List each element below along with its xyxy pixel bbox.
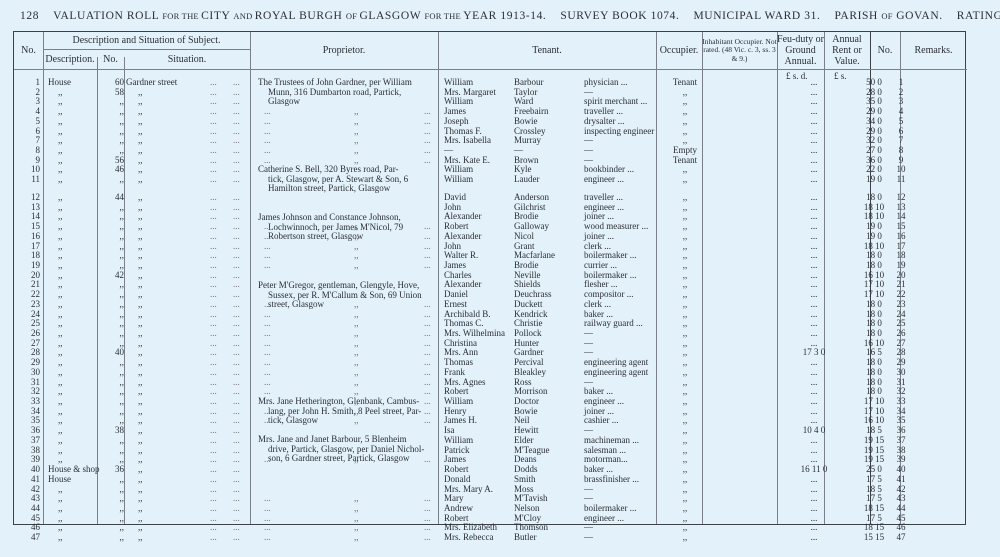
- table-row: 10,,46,,......WilliamKylebookbinder ...,…: [14, 165, 967, 175]
- table-row: 38,,,,,,......PatrickM'Teaguesalesman ..…: [14, 446, 967, 456]
- proprietor-ditto: ,,: [354, 261, 359, 271]
- roll-title: VALUATION ROLL FOR THE CITY AND ROYAL BU…: [53, 10, 546, 22]
- title-part: ROYAL BURGH: [255, 10, 346, 22]
- table-row: 47,,,,,,......Mrs. RebeccaButler—,,...15…: [14, 533, 967, 543]
- page-header: 128 VALUATION ROLL FOR THE CITY AND ROYA…: [20, 10, 990, 22]
- table-row: 44,,,,,,......AndrewNelsonboilermaker ..…: [14, 504, 967, 514]
- parish-of: OF: [881, 11, 892, 21]
- parish-name: GOVAN.: [896, 10, 943, 22]
- header-proprietor: Proprietor.: [250, 32, 438, 69]
- situation: ,,: [138, 533, 143, 543]
- description: ,,: [58, 175, 63, 185]
- header-street-no: No.: [97, 49, 124, 69]
- table-row: 37,,,,,,......WilliamEldermachineman ...…: [14, 436, 967, 446]
- proprietor-dots: ...: [424, 416, 431, 426]
- header-annual-rent: Annual Rent or Value.: [824, 32, 870, 69]
- proprietor-dots: ...: [264, 156, 271, 166]
- situation: Gardner street: [126, 78, 177, 88]
- title-part: VALUATION ROLL: [53, 10, 162, 22]
- parish-prefix: PARISH: [834, 10, 877, 22]
- table-row: 33,,,,,,......WilliamDoctorengineer ...,…: [14, 397, 967, 407]
- title-part: GLASGOW: [359, 10, 424, 22]
- proprietor-dots: ...: [424, 533, 431, 543]
- rating-area: RATING AREA—PARTICK.: [957, 10, 1000, 22]
- table-row: 30,,,,,,......FrankBleakleyengineering a…: [14, 368, 967, 378]
- table-row: 7,,,,,,......Mrs. IsabellaMurray—,,...32…: [14, 136, 967, 146]
- feu-duty: ...: [784, 175, 844, 185]
- table-row: 17,,,,,,......JohnGrantclerk ...,,...18 …: [14, 242, 967, 252]
- proprietor-dots: ...: [424, 455, 431, 465]
- table-row: 43,,,,,,......MaryM'Tavish—,,...17 543..…: [14, 494, 967, 504]
- table-row: 26,,,,,,......Mrs. WilhelminaPollock—,,.…: [14, 329, 967, 339]
- table-row: 18,,,,,,......Walter R.Macfarlaneboilerm…: [14, 251, 967, 261]
- table-row: 19,,,,,,......JamesBrodiecurrier ...,,..…: [14, 261, 967, 271]
- table-row: 12,,44,,......DavidAndersontraveller ...…: [14, 193, 967, 203]
- tenant-occupation: engineering agent: [584, 368, 648, 378]
- tenant-first-name: Mrs. Rebecca: [444, 533, 493, 543]
- proprietor-dots: ...: [264, 533, 271, 543]
- title-part: YEAR 1913-14.: [463, 10, 546, 22]
- title-part: FOR THE: [162, 11, 201, 21]
- table-row: 22,,,,,,......DanielDeuchrasscompositor …: [14, 290, 967, 300]
- leader-dots: ...: [233, 175, 240, 185]
- table-row: 16,,,,,,......AlexanderNicoljoiner ...,,…: [14, 232, 967, 242]
- table-row: 9,,56,,......Mrs. Kate E.Brown—Tenant...…: [14, 156, 967, 166]
- divider: [14, 69, 967, 70]
- municipal-ward: MUNICIPAL WARD 31.: [693, 10, 820, 22]
- tenant-occupation: inspecting engineer: [584, 127, 654, 137]
- header-inhabitant-occupier: Inhabitant Occupier. Not rated. (48 Vic.…: [702, 32, 777, 69]
- table-row: 5,,,,,,......JosephBowiedrysalter ...,,.…: [14, 117, 967, 127]
- header-tenant: Tenant.: [438, 32, 656, 69]
- header-row-no: No.: [870, 32, 900, 69]
- header-remarks: Remarks.: [900, 32, 967, 69]
- valuation-ledger-table: No. Description and Situation of Subject…: [13, 31, 966, 525]
- tenant-occupation: —: [584, 533, 593, 543]
- leader-dots: ...: [210, 175, 217, 185]
- row-number-right: 11: [881, 175, 921, 185]
- header-description-group: Description and Situation of Subject.: [43, 32, 250, 49]
- table-row: 28,,40,,......Mrs. AnnGardner—,,17 3 016…: [14, 348, 967, 358]
- tenant-first-name: William: [444, 175, 473, 185]
- table-row: 2,,58,,......Mrs. MargaretTaylor—,,...28…: [14, 88, 967, 98]
- header-feu-duty: Feu-duty or Ground Annual.: [777, 32, 824, 69]
- header-no: No.: [14, 32, 43, 69]
- table-row: 15,,,,,,......RobertGallowaywood measure…: [14, 222, 967, 232]
- street-number: ,,: [96, 533, 124, 543]
- title-part: FOR THE: [424, 11, 463, 21]
- proprietor-ditto: ,,: [354, 455, 359, 465]
- occupier: ,,: [657, 175, 713, 185]
- header-situation: Situation.: [124, 49, 250, 69]
- title-part: OF: [346, 11, 360, 21]
- proprietor-dots: ...: [264, 261, 271, 271]
- table-row: 13,,,,,,......JohnGilchristengineer ...,…: [14, 203, 967, 213]
- row-number: 47: [14, 533, 40, 543]
- table-row: 31,,,,,,......Mrs. AgnesRoss—,,...18 031…: [14, 378, 967, 388]
- table-row: 29,,,,,,......ThomasPercivalengineering …: [14, 358, 967, 368]
- table-row: 20,,42,,......CharlesNevilleboilermaker …: [14, 271, 967, 281]
- proprietor-dots: ...: [424, 261, 431, 271]
- row-number: 11: [14, 175, 40, 185]
- proprietor-dots: ...: [424, 156, 431, 166]
- table-row: 8,,,,,,......———Empty...27 08...,,...: [14, 146, 967, 156]
- leader-dots: ...: [233, 533, 240, 543]
- proprietor-ditto: ,,: [354, 156, 359, 166]
- header-description: Description.: [43, 49, 97, 69]
- table-row: 23,,,,,,......ErnestDuckettclerk ...,,..…: [14, 300, 967, 310]
- table-row: 21,,,,,,......AlexanderShieldsflesher ..…: [14, 280, 967, 290]
- proprietor-dots: ...: [264, 416, 271, 426]
- situation: ,,: [138, 175, 143, 185]
- proprietor-ditto: ,,: [354, 533, 359, 543]
- survey-book: SURVEY BOOK 1074.: [560, 10, 679, 22]
- tenant-surname: Lauder: [514, 175, 539, 185]
- row-number-right: 47: [881, 533, 921, 543]
- table-row: 40House & shop36,,......RobertDoddsbaker…: [14, 465, 967, 475]
- tenant-occupation: engineer ...: [584, 175, 624, 185]
- proprietor-ditto: ,,: [354, 416, 359, 426]
- feu-duty: ...: [784, 533, 844, 543]
- table-row: 32,,,,,,......RobertMorrisonbaker ...,,.…: [14, 387, 967, 397]
- table-row: 42,,,,,,......Mrs. Mary A.Moss—,,...18 5…: [14, 485, 967, 495]
- header-occupier: Occupier.: [656, 32, 702, 69]
- title-part: CITY: [201, 10, 233, 22]
- tenant-surname: Butler: [514, 533, 537, 543]
- page-number: 128: [20, 10, 39, 22]
- parish: PARISH OF GOVAN.: [834, 10, 942, 22]
- title-part: AND: [233, 11, 254, 21]
- proprietor-dots: ...: [264, 455, 271, 465]
- description: ,,: [58, 533, 63, 543]
- street-number: ,,: [96, 175, 124, 185]
- table-row: 3,,,,,,......WilliamWardspirit merchant …: [14, 97, 967, 107]
- table-row: 11,,,,,,......WilliamLauderengineer ...,…: [14, 175, 967, 185]
- table-row: 34,,,,,,......HenryBowiejoiner ...,,...1…: [14, 407, 967, 417]
- table-row: 24,,,,,,......Archibald B.Kendrickbaker …: [14, 310, 967, 320]
- table-row: 4,,,,,,......JamesFreebairntraveller ...…: [14, 107, 967, 117]
- table-row: 36,,38,,......IsaHewitt—,,10 4 018 536: [14, 426, 967, 436]
- leader-dots: ...: [210, 533, 217, 543]
- occupier: ,,: [657, 533, 713, 543]
- table-row: 14,,,,,,......AlexanderBrodiejoiner ...,…: [14, 212, 967, 222]
